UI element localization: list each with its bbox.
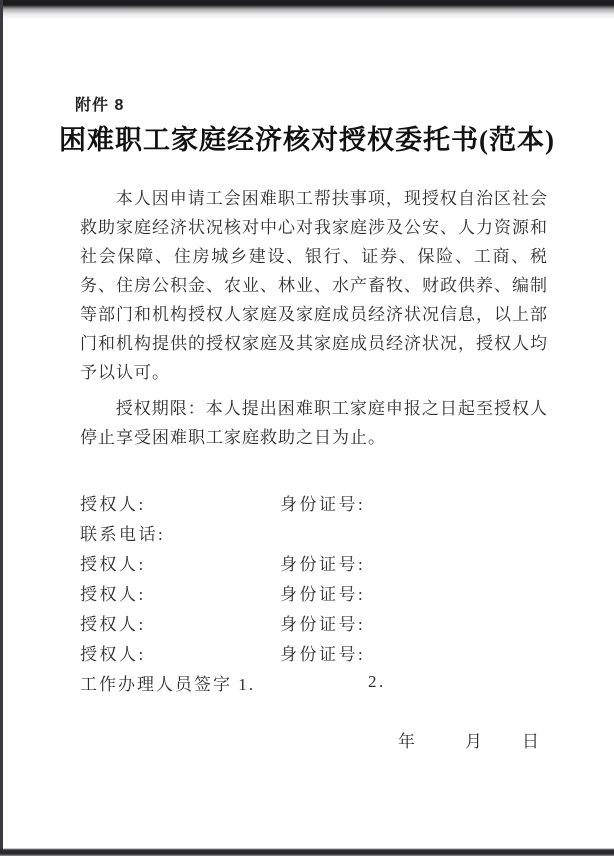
month-label: 月 — [465, 727, 482, 752]
form-row-authorizer-1: 授权人: 身份证号: — [80, 487, 548, 517]
id-number-label: 身份证号: — [280, 580, 548, 605]
id-number-label: 身份证号: — [280, 550, 548, 575]
authorizer-label: 授权人: — [80, 640, 280, 665]
form-row-authorizer-5: 授权人: 身份证号: — [80, 637, 548, 667]
day-label: 日 — [522, 727, 539, 752]
authorizer-label: 授权人: — [80, 580, 280, 605]
authorization-paragraph: 本人因申请工会困难职工帮扶事项，现授权自治区社会救助家庭经济状况核对中心对我家庭… — [80, 184, 548, 387]
attachment-label: 附件 8 — [75, 92, 124, 115]
document-title: 困难职工家庭经济核对授权委托书(范本) — [0, 118, 614, 157]
id-number-label: 身份证号: — [280, 490, 548, 515]
form-row-phone: 联系电话: — [80, 517, 548, 547]
document-body: 本人因申请工会困难职工帮扶事项，现授权自治区社会救助家庭经济状况核对中心对我家庭… — [80, 184, 548, 452]
form-row-staff-signature: 工作办理人员签字 1. 2. — [80, 667, 548, 697]
authorization-period-paragraph: 授权期限：本人提出困难职工家庭申报之日起至授权人停止享受困难职工家庭救助之日为止… — [80, 394, 548, 452]
scan-edge-top — [0, 0, 614, 20]
scanned-document-page: 附件 8 困难职工家庭经济核对授权委托书(范本) 本人因申请工会困难职工帮扶事项… — [0, 0, 614, 856]
id-number-label: 身份证号: — [280, 640, 548, 665]
staff-signature-second-label: 2. — [368, 672, 548, 692]
phone-label: 联系电话: — [80, 520, 280, 545]
authorizer-label: 授权人: — [80, 610, 280, 635]
authorizer-label: 授权人: — [80, 490, 280, 515]
scan-edge-bottom — [0, 848, 614, 856]
form-row-authorizer-2: 授权人: 身份证号: — [80, 547, 548, 577]
staff-signature-label: 工作办理人员签字 1. — [80, 670, 368, 695]
year-label: 年 — [398, 727, 415, 752]
authorizer-label: 授权人: — [80, 550, 280, 575]
date-line: 年 月 日 — [80, 727, 548, 757]
id-number-label: 身份证号: — [280, 610, 548, 635]
form-row-authorizer-3: 授权人: 身份证号: — [80, 577, 548, 607]
form-section: 授权人: 身份证号: 联系电话: 授权人: 身份证号: 授权人: 身份证号: 授… — [80, 487, 548, 697]
form-row-authorizer-4: 授权人: 身份证号: — [80, 607, 548, 637]
